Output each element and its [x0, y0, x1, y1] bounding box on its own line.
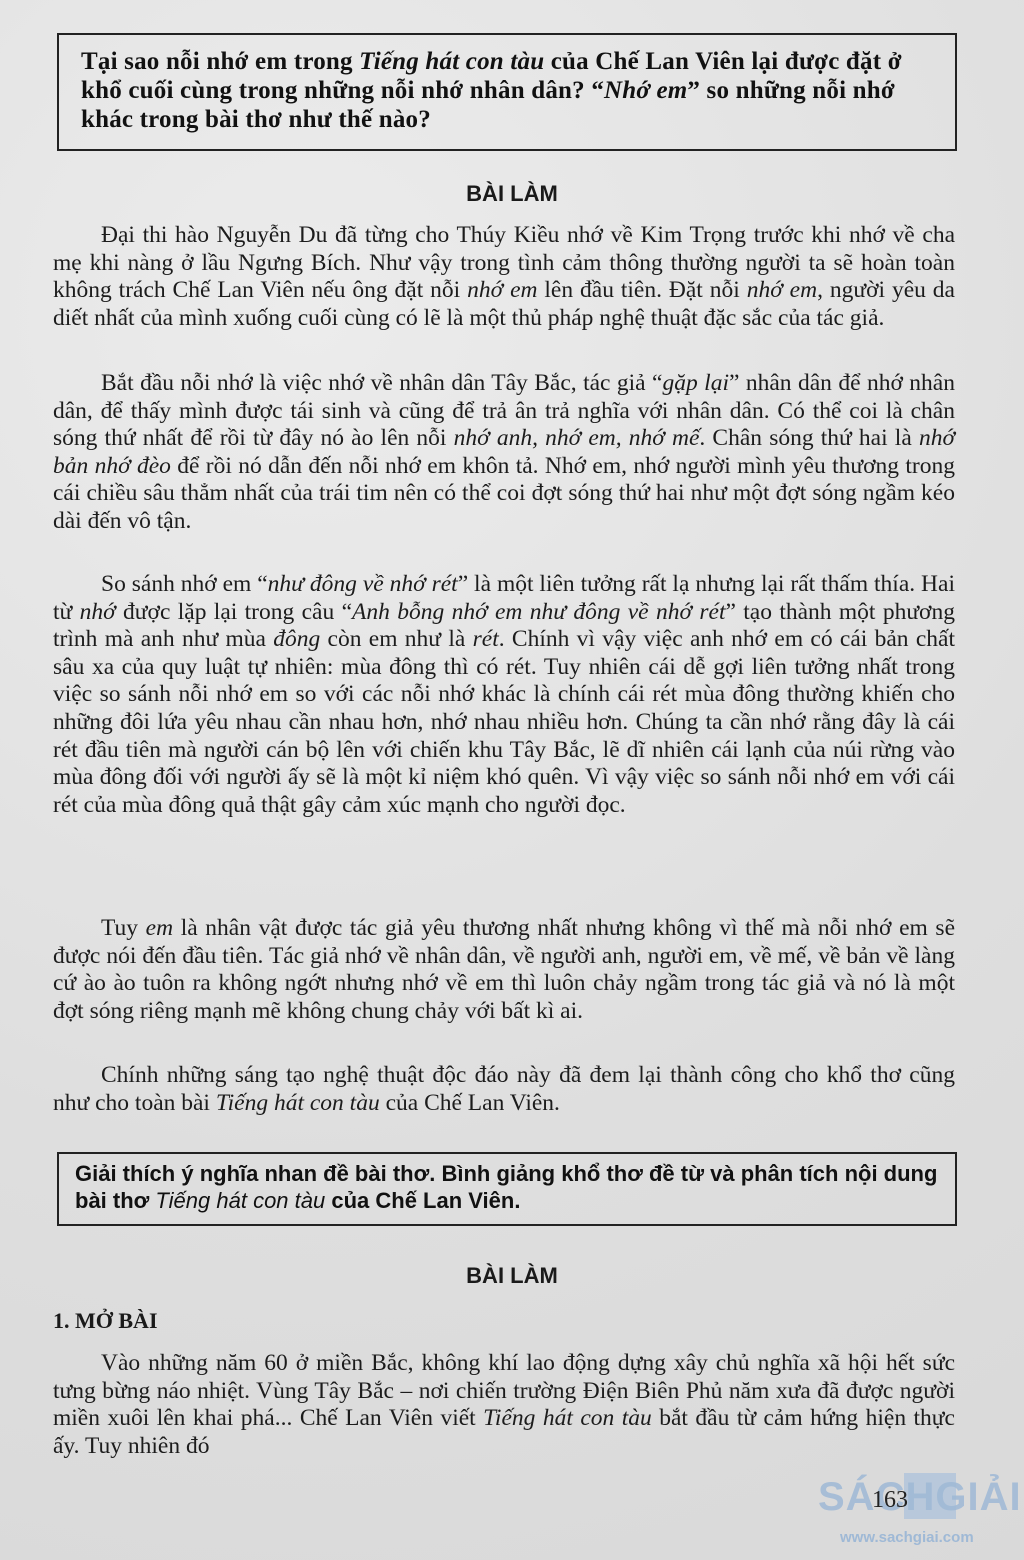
- answer-1-paragraph-1: Đại thi hào Nguyễn Du đã từng cho Thúy K…: [53, 222, 955, 332]
- answer-heading-1: BÀI LÀM: [0, 181, 1024, 207]
- question-box-2: Giải thích ý nghĩa nhan đề bài thơ. Bình…: [57, 1152, 957, 1226]
- answer-1-paragraph-5: Chính những sáng tạo nghệ thuật độc đáo …: [53, 1062, 955, 1117]
- question-1-text: Tại sao nỗi nhớ em trong Tiếng hát con t…: [81, 47, 935, 134]
- watermark-logo[interactable]: SÁCHGIẢI www.sachgiai.com: [818, 1473, 1024, 1553]
- book-page: Tại sao nỗi nhớ em trong Tiếng hát con t…: [0, 0, 1024, 1560]
- watermark-url[interactable]: www.sachgiai.com: [840, 1529, 974, 1546]
- answer-1-paragraph-2: Bắt đầu nỗi nhớ là việc nhớ về nhân dân …: [53, 370, 955, 536]
- answer-2-paragraph-1: Vào những năm 60 ở miền Bắc, không khí l…: [53, 1350, 955, 1460]
- answer-heading-2: BÀI LÀM: [0, 1263, 1024, 1289]
- page-number: 163: [872, 1487, 908, 1514]
- answer-1-paragraph-4: Tuy em là nhân vật được tác giả yêu thươ…: [53, 915, 955, 1025]
- question-2-text: Giải thích ý nghĩa nhan đề bài thơ. Bình…: [75, 1160, 941, 1214]
- watermark-brand: SÁCHGIẢI: [818, 1475, 1022, 1520]
- question-box-1: Tại sao nỗi nhớ em trong Tiếng hát con t…: [57, 33, 957, 151]
- section-title-intro: 1. MỞ BÀI: [53, 1308, 158, 1334]
- answer-1-paragraph-3: So sánh nhớ em “như đông về nhớ rét” là …: [53, 571, 955, 819]
